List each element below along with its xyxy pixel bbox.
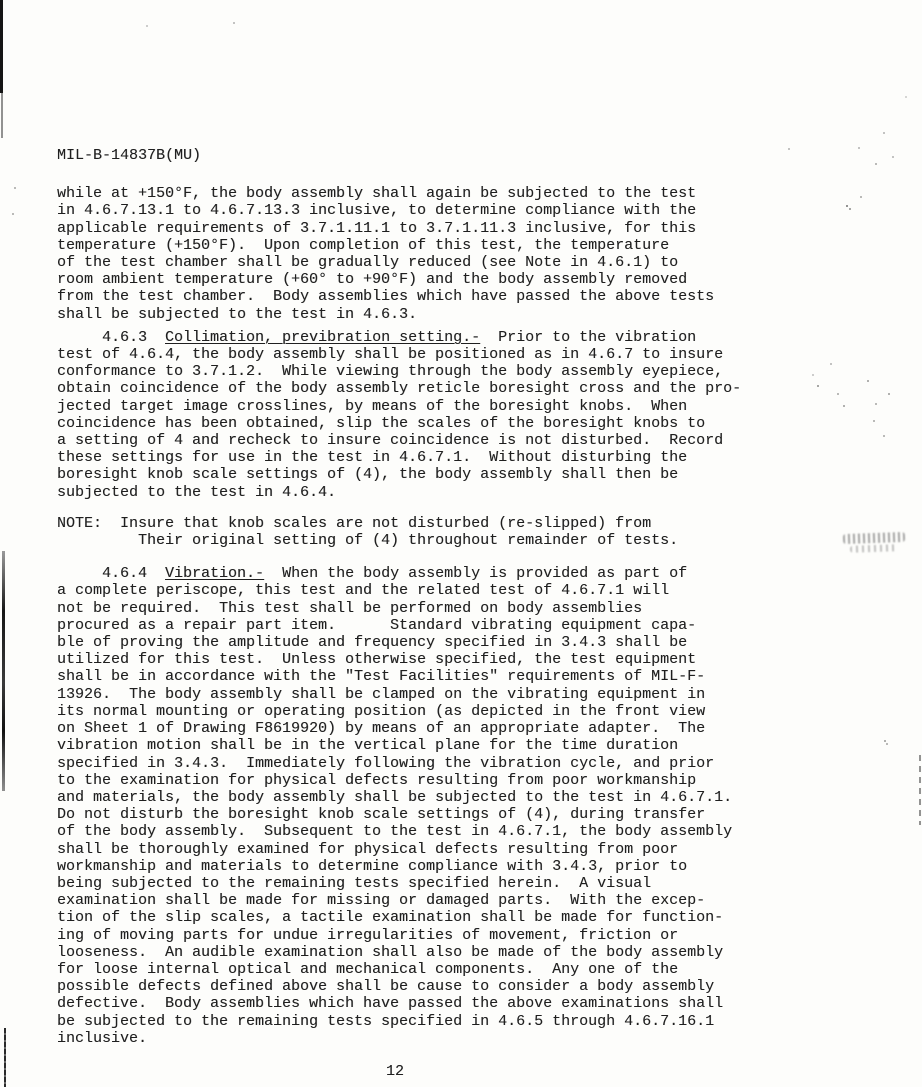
section-4-6-4-number: 4.6.4 <box>57 565 165 582</box>
left-edge-scan-line-top-fade <box>1 93 3 138</box>
page-number: 12 <box>57 1063 733 1080</box>
document-page: MIL-B-14837B(MU) while at +150°F, the bo… <box>0 0 922 1087</box>
ink-smudge-small <box>850 544 898 553</box>
left-edge-scan-line-bottom <box>4 1028 6 1087</box>
section-4-6-4-paragraph: 4.6.4 Vibration.- When the body assembly… <box>57 565 757 1047</box>
section-4-6-3-number: 4.6.3 <box>57 329 165 346</box>
left-edge-scan-line-middle <box>2 551 5 791</box>
section-4-6-3-title: Collimation, previbration setting.- <box>165 329 480 346</box>
note-paragraph: NOTE: Insure that knob scales are not di… <box>57 515 757 549</box>
right-edge-scan-marks <box>919 755 921 825</box>
section-4-6-3-paragraph: 4.6.3 Collimation, previbration setting.… <box>57 329 757 501</box>
text-column: MIL-B-14837B(MU) while at +150°F, the bo… <box>57 147 757 1047</box>
document-id: MIL-B-14837B(MU) <box>57 147 757 164</box>
section-4-6-4-body: When the body assembly is provided as pa… <box>57 565 732 1046</box>
left-edge-scan-line-top <box>0 0 3 93</box>
section-4-6-4-title: Vibration.- <box>165 565 264 582</box>
ink-smudge <box>843 532 905 544</box>
section-4-6-3-body: Prior to the vibration test of 4.6.4, th… <box>57 329 741 501</box>
scan-speckles <box>0 0 2 2</box>
paragraph-continuation: while at +150°F, the body assembly shall… <box>57 185 757 323</box>
